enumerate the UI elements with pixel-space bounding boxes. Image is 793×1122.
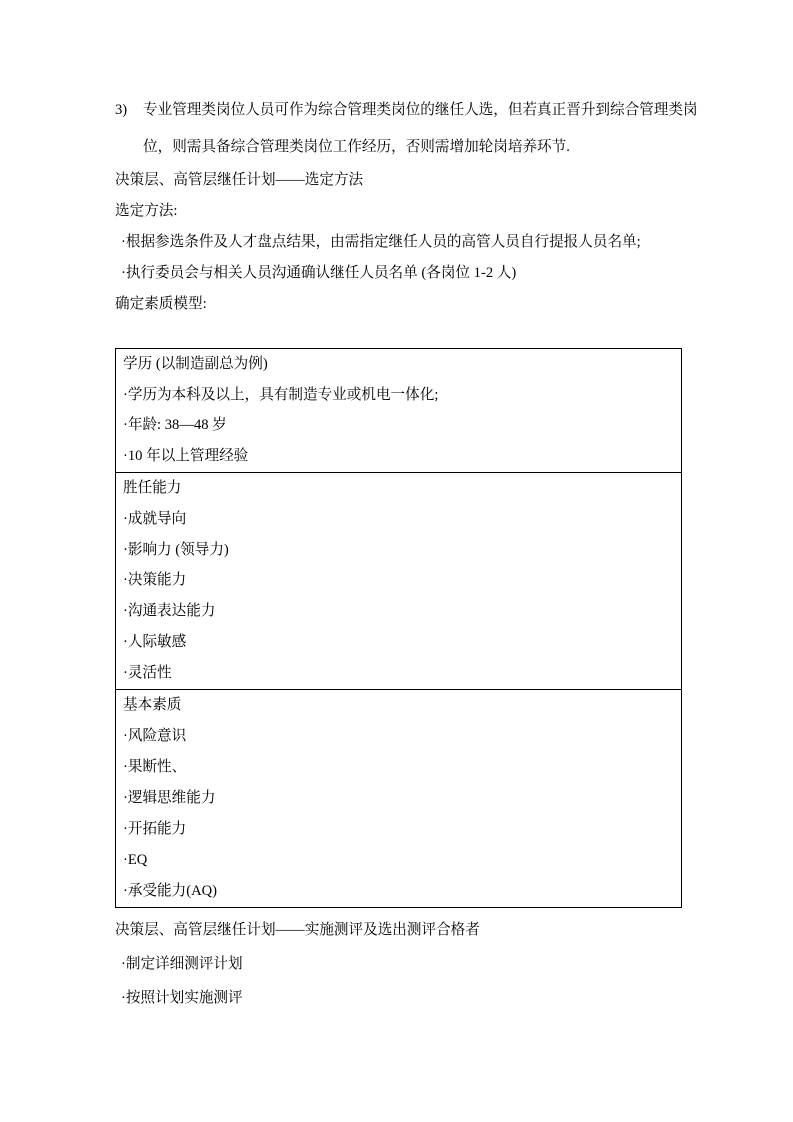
bullet-confirm-names: ·执行委员会与相关人员沟通确认继任人员名单 (各岗位 1-2 人): [115, 264, 516, 283]
table-section-title: 胜任能力: [123, 479, 674, 498]
bullet-report-names: ·根据参选条件及人才盘点结果，由需指定继任人员的高管人员自行提报人员名单;: [115, 233, 641, 252]
table-row: ·风险意识: [123, 727, 674, 746]
numbered-list-item-3-line2: 位，则需具备综合管理类岗位工作经历，否则需增加轮岗培养环节.: [115, 138, 570, 157]
table-section-title: 基本素质: [123, 696, 674, 715]
quality-model-table: 学历 (以制造副总为例) ·学历为本科及以上，具有制造专业或机电一体化; ·年龄…: [115, 348, 682, 908]
table-row: ·学历为本科及以上，具有制造专业或机电一体化;: [123, 386, 674, 405]
table-section-basic-quality: 基本素质 ·风险意识 ·果断性、 ·逻辑思维能力 ·开拓能力 ·EQ ·承受能力…: [116, 690, 681, 907]
heading-assessment: 决策层、高管层继任计划——实施测评及选出测评合格者: [115, 921, 480, 940]
list-number: 3): [115, 101, 143, 120]
selection-method-label: 选定方法:: [115, 202, 177, 221]
bullet-make-plan: ·制定详细测评计划: [115, 955, 243, 974]
numbered-list-item-3-line1: 3)专业管理类岗位人员可作为综合管理类岗位的继任人选，但若真正晋升到综合管理类岗: [115, 101, 698, 120]
table-row: ·人际敏感: [123, 633, 674, 652]
table-row: ·EQ: [123, 851, 674, 870]
table-row: ·10 年以上管理经验: [123, 447, 674, 466]
document-body: 3)专业管理类岗位人员可作为综合管理类岗位的继任人选，但若真正晋升到综合管理类岗…: [115, 0, 715, 1122]
table-row: ·逻辑思维能力: [123, 789, 674, 808]
table-row: ·决策能力: [123, 571, 674, 590]
table-row: ·影响力 (领导力): [123, 541, 674, 560]
table-row: ·承受能力(AQ): [123, 882, 674, 901]
list-item-text: 专业管理类岗位人员可作为综合管理类岗位的继任人选，但若真正晋升到综合管理类岗: [143, 102, 698, 118]
table-section-competency: 胜任能力 ·成就导向 ·影响力 (领导力) ·决策能力 ·沟通表达能力 ·人际敏…: [116, 473, 681, 690]
table-row: ·年龄: 38—48 岁: [123, 416, 674, 435]
quality-model-label: 确定素质模型:: [115, 295, 207, 314]
table-row: ·成就导向: [123, 510, 674, 529]
document-page: 3)专业管理类岗位人员可作为综合管理类岗位的继任人选，但若真正晋升到综合管理类岗…: [0, 0, 793, 1122]
table-row: ·果断性、: [123, 758, 674, 777]
table-row: ·沟通表达能力: [123, 602, 674, 621]
table-row: ·灵活性: [123, 664, 674, 683]
table-row: ·开拓能力: [123, 820, 674, 839]
heading-selection-method: 决策层、高管层继任计划——选定方法: [115, 171, 363, 190]
table-section-title: 学历 (以制造副总为例): [123, 355, 674, 374]
table-section-education: 学历 (以制造副总为例) ·学历为本科及以上，具有制造专业或机电一体化; ·年龄…: [116, 349, 681, 473]
bullet-implement-assessment: ·按照计划实施测评: [115, 989, 243, 1008]
